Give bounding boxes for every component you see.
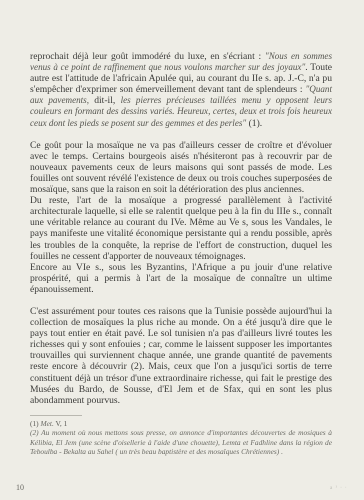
page-body: reprochait déjà leur goût immodéré du lu…	[30, 51, 332, 456]
text-run: reprochait déjà leur goût immodéré du lu…	[30, 51, 265, 62]
page-number: 10	[16, 483, 24, 492]
paragraph-apulee: reprochait déjà leur goût immodéré du lu…	[30, 51, 332, 129]
paragraph-gout: Ce goût pour la mosaïque ne va pas d'ail…	[30, 140, 332, 195]
paragraph-gap	[30, 295, 332, 306]
corner-mark: a ¹ ‧ ‧	[330, 485, 348, 491]
footnote-1-rest: V, 1	[54, 419, 68, 428]
footnote-ref-1: (1).	[246, 118, 262, 129]
footnote-divider	[30, 415, 82, 416]
paragraph-byzantins: Encore au VIe s., sous les Byzantins, l'…	[30, 262, 332, 295]
footnote-1-ref: Met.	[40, 419, 53, 428]
paragraph-du-reste: Du reste, l'art de la mosaïque a progres…	[30, 195, 332, 262]
footnote-1: (1) Met. V, 1	[30, 419, 332, 428]
paragraph-tunisie: C'est assurément pour toutes ces raisons…	[30, 306, 332, 406]
footnote-1-number: (1)	[30, 419, 40, 428]
paragraph-gap	[30, 129, 332, 140]
text-run: dit-il,	[94, 95, 120, 106]
footnote-2: (2) Au moment où nous mettons sous press…	[30, 428, 332, 456]
footnote-2-text: (2) Au moment où nous mettons sous press…	[30, 428, 332, 456]
